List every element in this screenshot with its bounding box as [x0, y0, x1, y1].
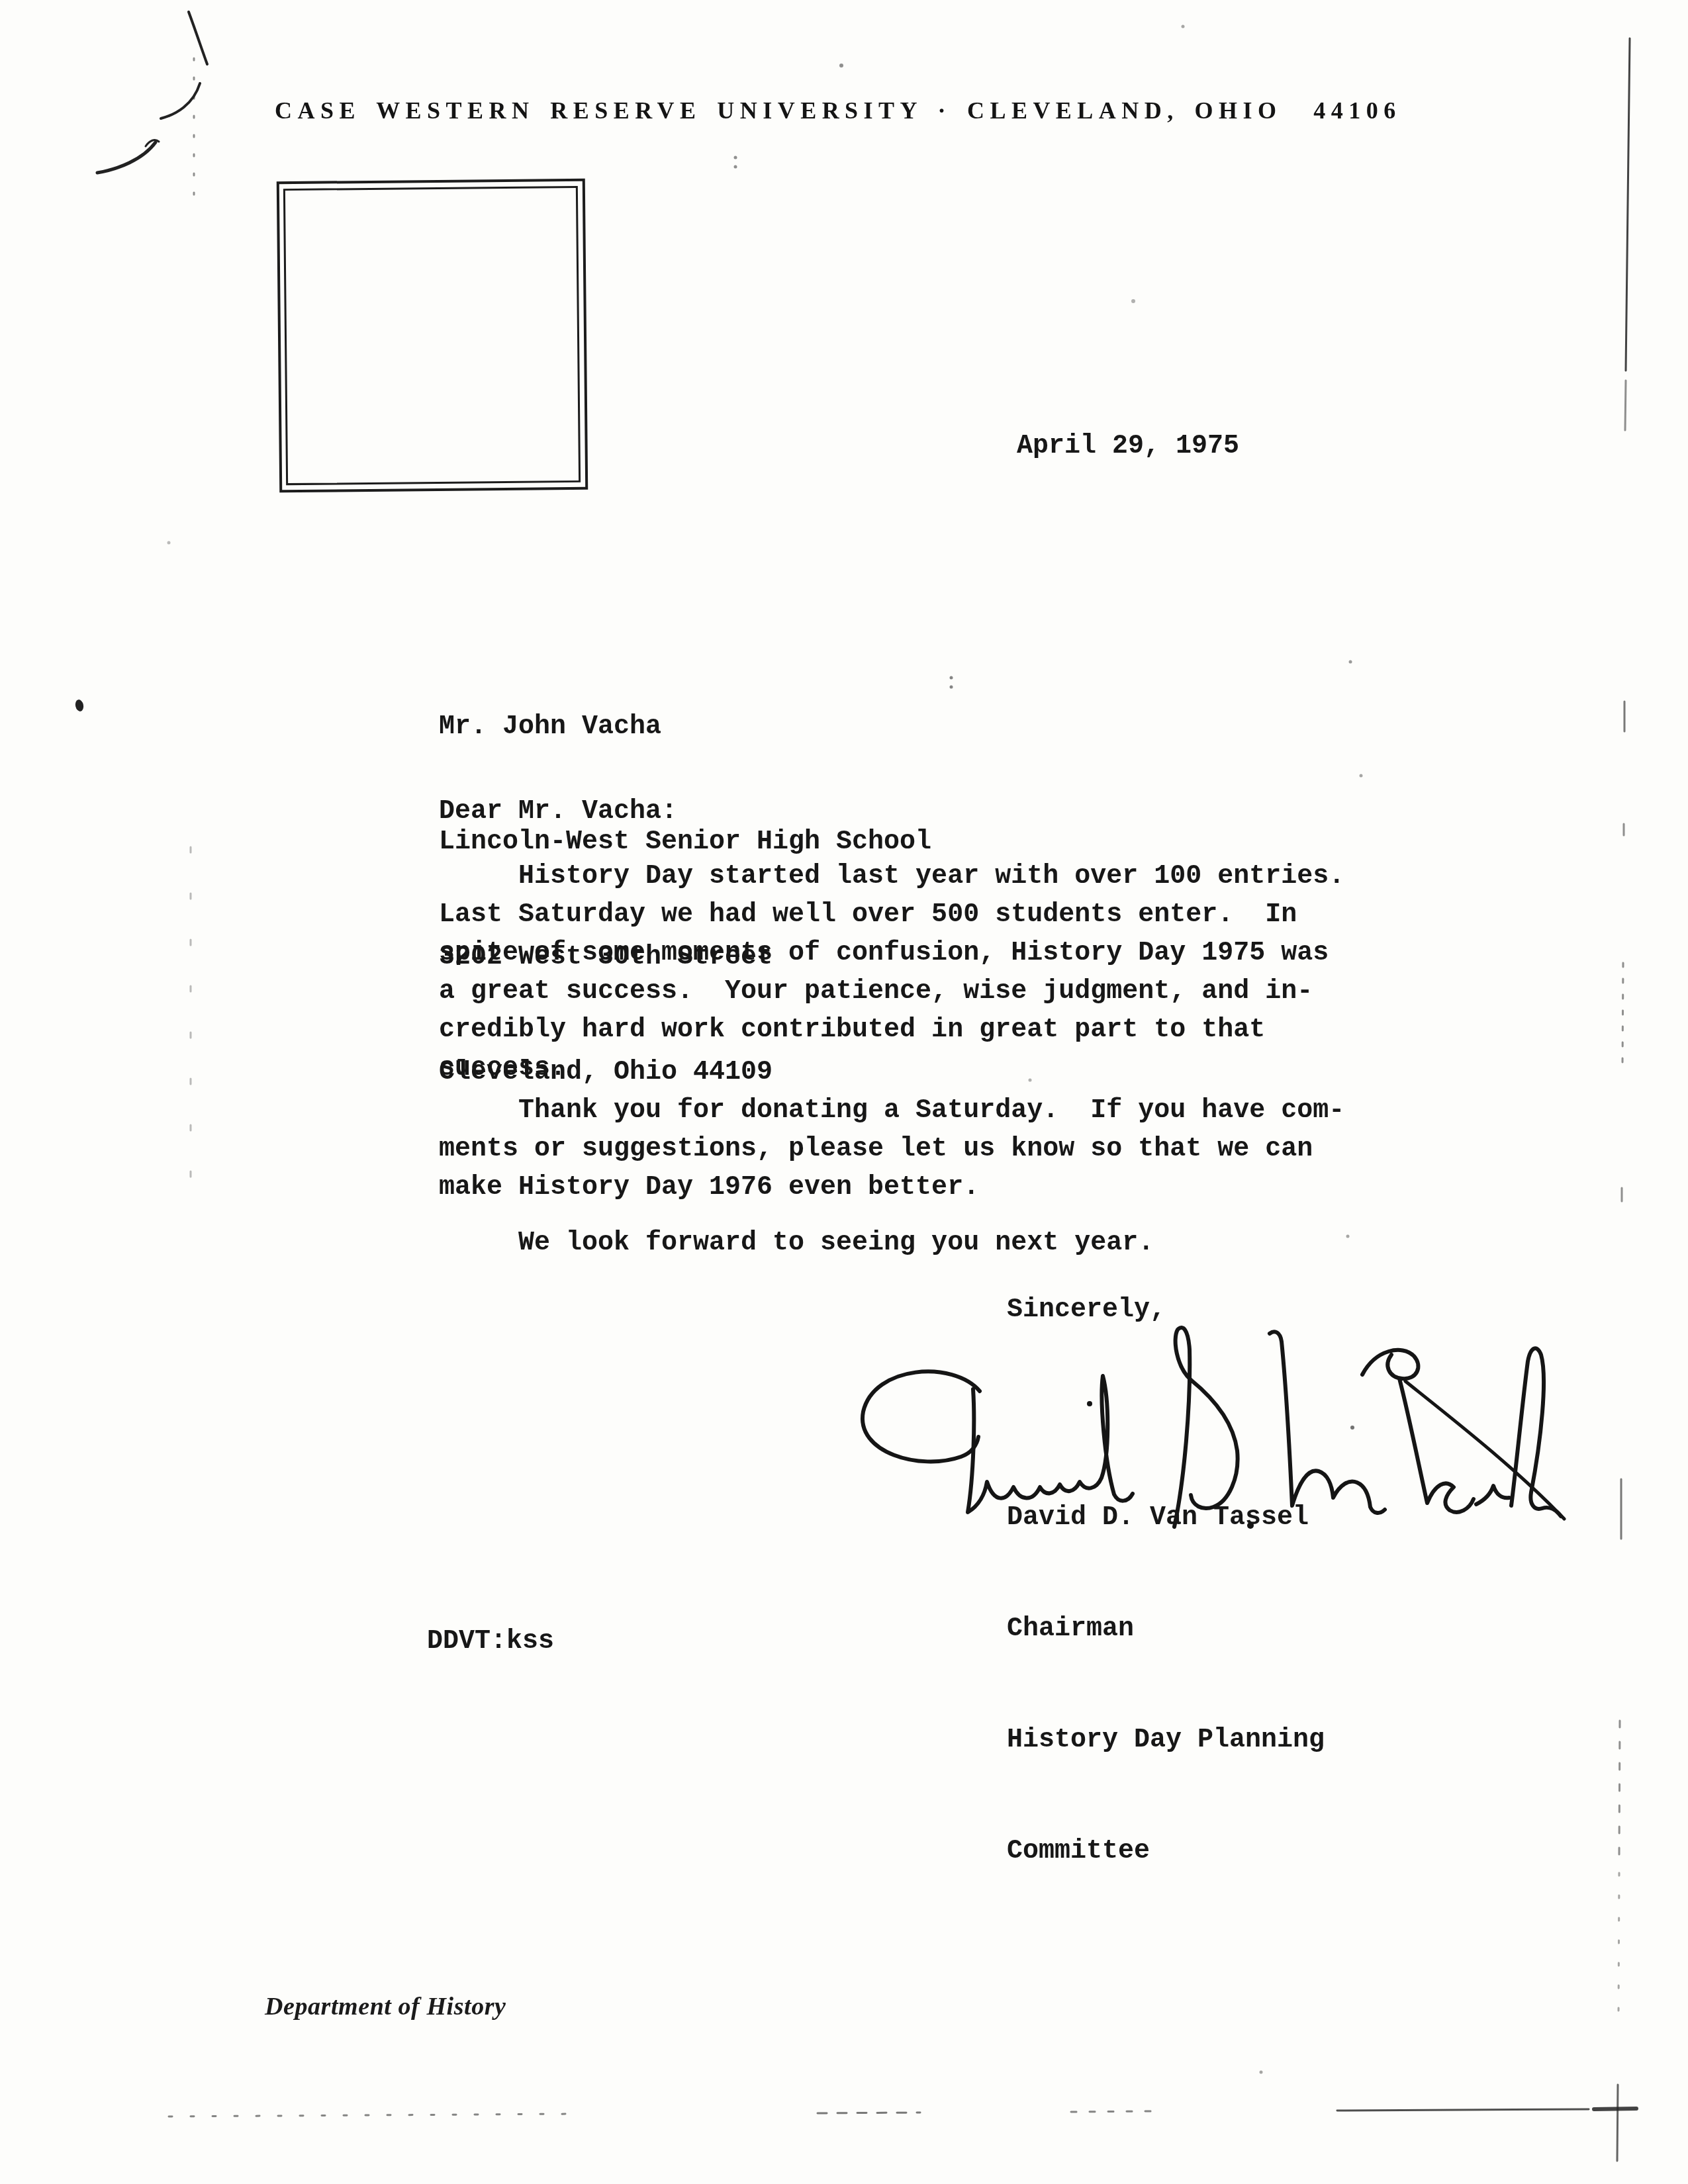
salutation: Dear Mr. Vacha:	[439, 793, 677, 831]
body-paragraph-2: Thank you for donating a Saturday. If yo…	[439, 1092, 1344, 1207]
letterhead-logo-box-inner-border	[283, 186, 581, 485]
closing: Sincerely,	[1007, 1291, 1166, 1330]
body-paragraph-1: History Day started last year with over …	[439, 858, 1344, 1088]
letterhead-logo-box	[277, 179, 588, 492]
reference-initials: DDVT:kss	[427, 1623, 554, 1661]
signature-block: David D. Van Tassel Chairman History Day…	[1007, 1426, 1325, 1907]
letter-date: April 29, 1975	[1017, 428, 1239, 466]
department-footer: Department of History	[265, 1992, 506, 2021]
signer-title: Chairman	[1007, 1611, 1325, 1648]
body-paragraph-3: We look forward to seeing you next year.	[439, 1224, 1154, 1263]
signer-org-line-2: Committee	[1007, 1833, 1325, 1870]
scanned-letter-document: { "letterhead": { "text": "CASE WESTERN …	[0, 0, 1688, 2184]
recipient-name: Mr. John Vacha	[439, 708, 931, 747]
signer-name: David D. Van Tassel	[1007, 1500, 1325, 1537]
letterhead-text: CASE WESTERN RESERVE UNIVERSITY · CLEVEL…	[275, 97, 1599, 124]
signer-org-line-1: History Day Planning	[1007, 1722, 1325, 1759]
